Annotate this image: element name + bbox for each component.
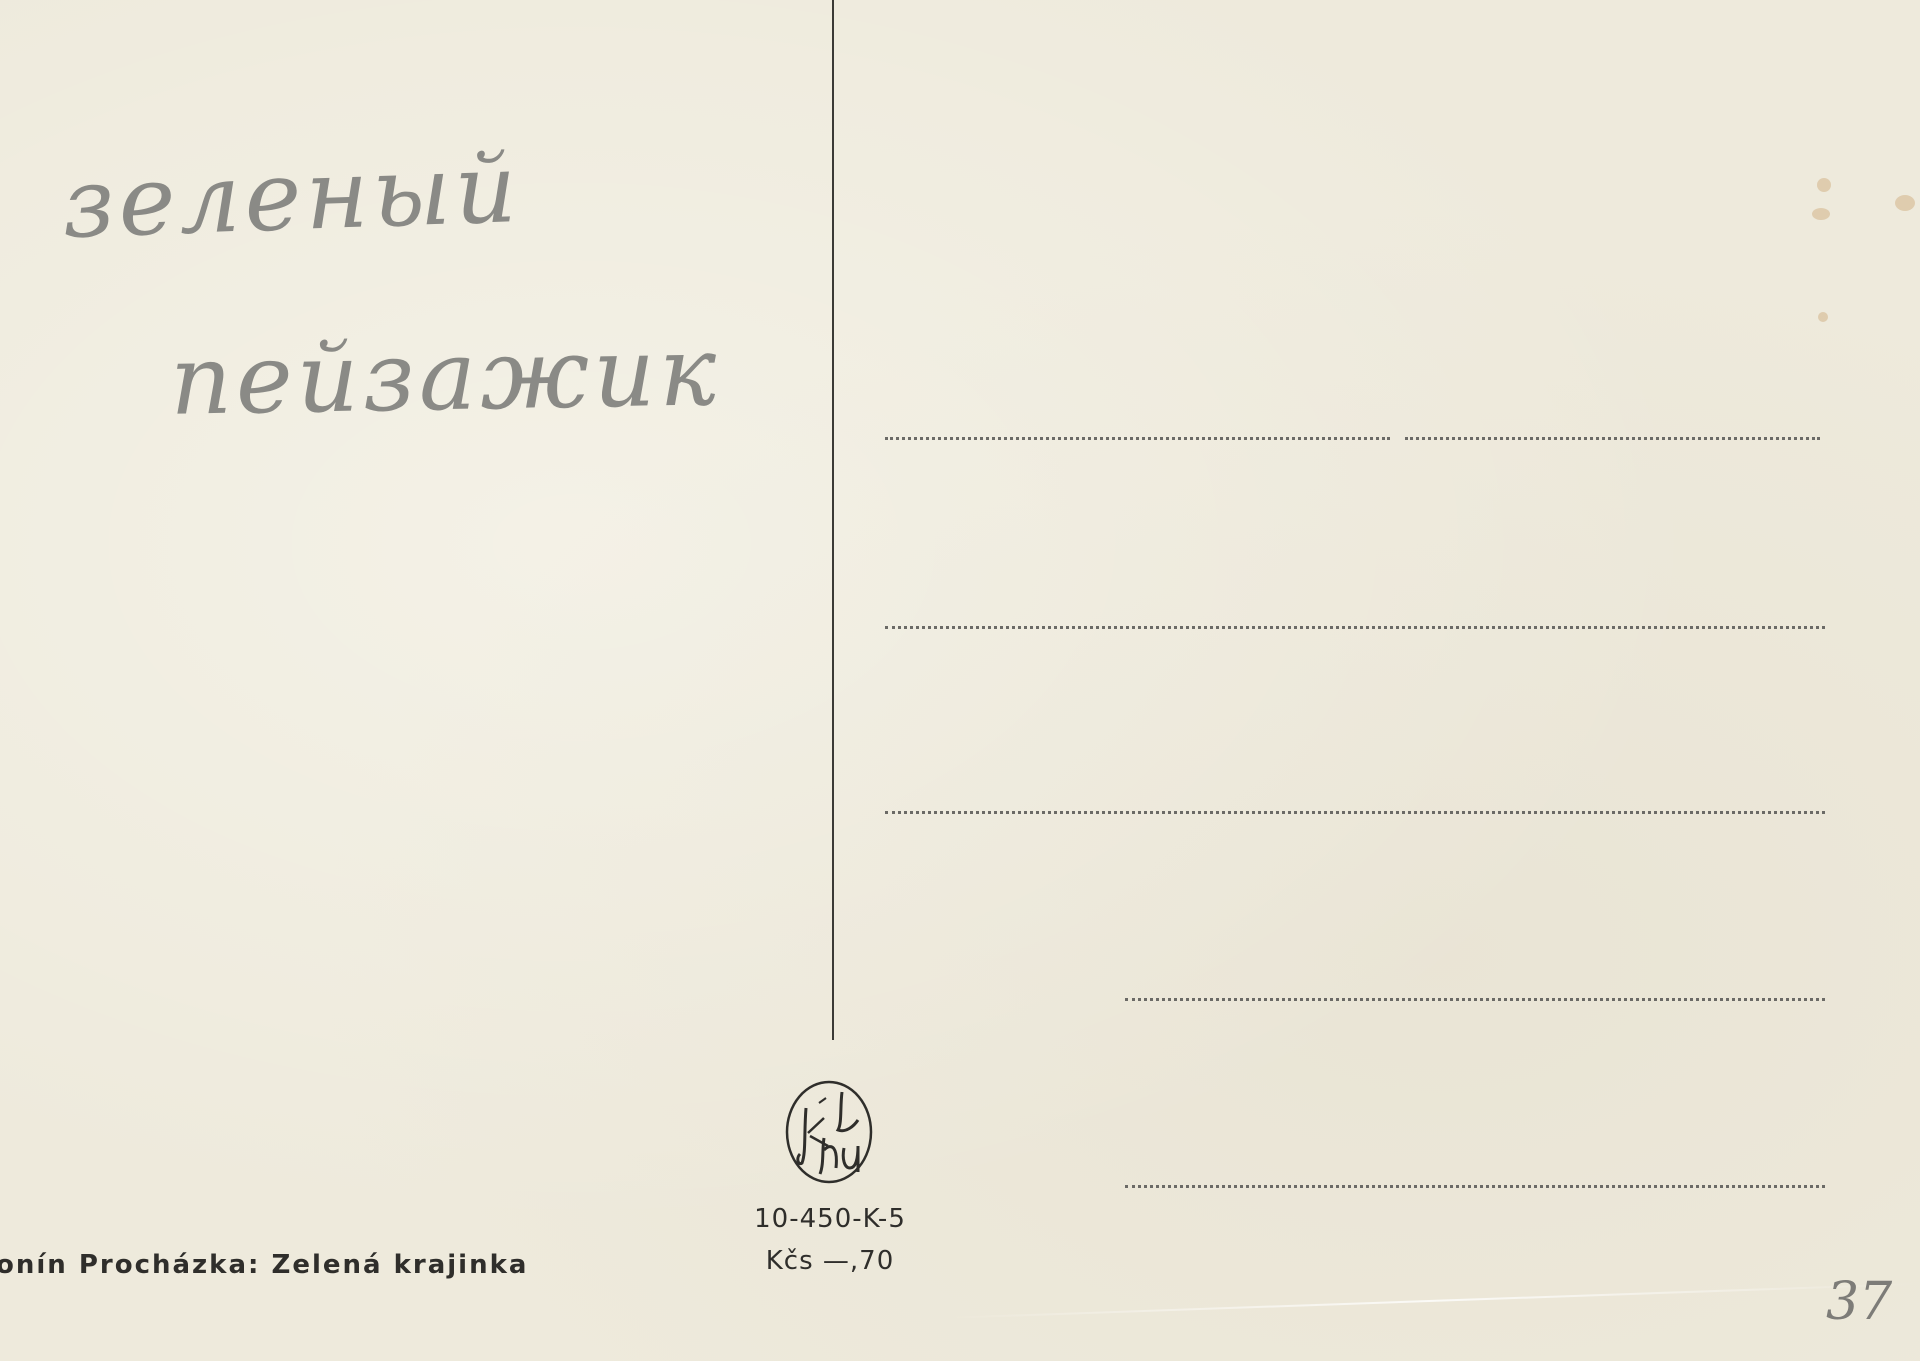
address-line-2 xyxy=(885,626,1825,629)
paper-crease xyxy=(940,1283,1919,1319)
stain xyxy=(1812,208,1830,220)
handwritten-note-line1: зеленый xyxy=(60,132,522,260)
address-line-4 xyxy=(1125,998,1825,1001)
corner-number-mark: 37 xyxy=(1826,1272,1892,1332)
address-line-1a xyxy=(885,437,1390,440)
stain xyxy=(1895,195,1915,211)
price: Kčs —,70 xyxy=(730,1246,930,1276)
stain xyxy=(1817,178,1831,192)
address-line-5 xyxy=(1125,1185,1825,1188)
address-line-1b xyxy=(1405,437,1820,440)
postcard-back: зеленый пейзажик 10-450-K-5 Kčs —,70 oní… xyxy=(0,0,1920,1361)
catalog-code: 10-450-K-5 xyxy=(730,1204,930,1234)
center-divider-line xyxy=(832,0,834,1040)
kvu-monogram-logo-icon xyxy=(784,1078,874,1186)
address-line-3 xyxy=(885,811,1825,814)
artwork-caption: onín Procházka: Zelená krajinka xyxy=(0,1250,528,1280)
handwritten-note-line2: пейзажик xyxy=(169,315,721,437)
stain xyxy=(1818,312,1828,322)
